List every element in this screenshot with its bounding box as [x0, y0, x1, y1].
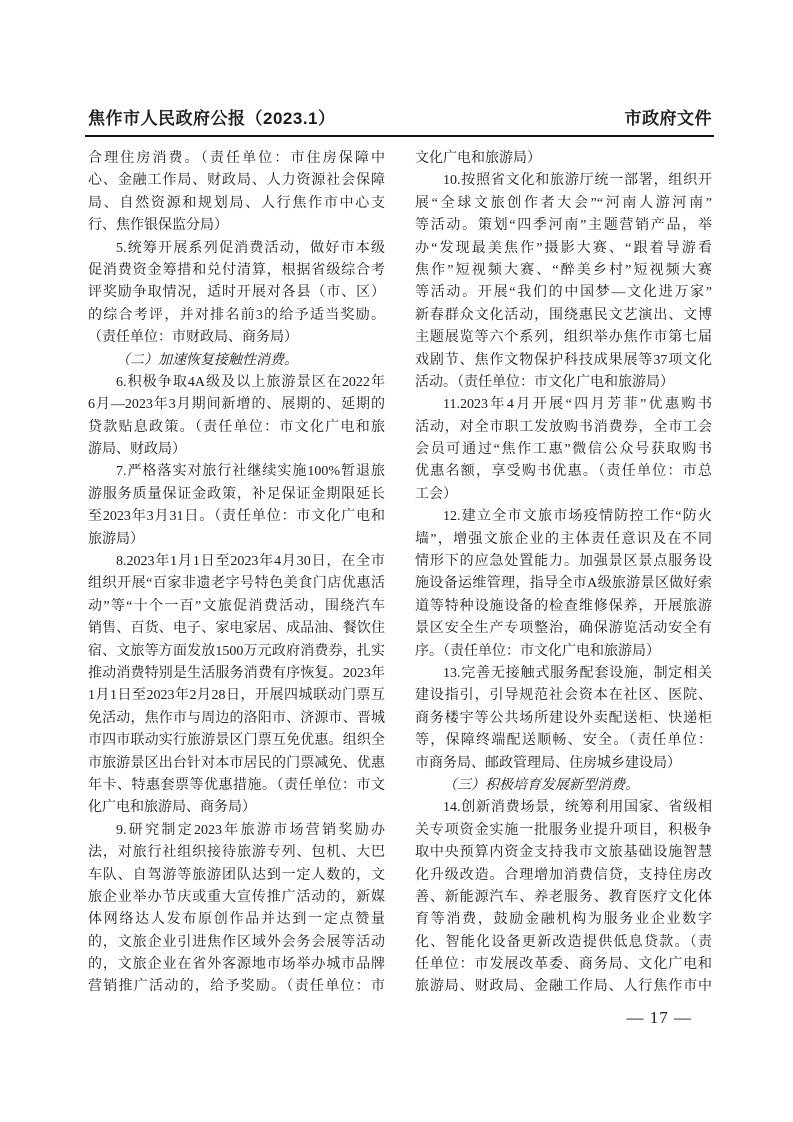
- document-body: 合理住房消费。（责任单位：市住房保障中心、金融工作局、财政局、人力资源社会保障局…: [88, 148, 712, 999]
- page-number: — 17 —: [627, 1008, 693, 1028]
- text-line: 10.按照省文化和旅游厅统一部署，组织开: [415, 170, 712, 192]
- text-line: 等，保障终端配送顺畅、安全。（责任单位：: [415, 730, 712, 752]
- text-line: 的，文旅企业在省外客源地市场举办城市品牌: [88, 954, 385, 976]
- text-line: （责任单位：市财政局、商务局）: [88, 327, 385, 349]
- text-line: 市旅游景区出台针对本市居民的门票减免、优惠: [88, 753, 385, 775]
- text-line: 旅游局、财政局、金融工作局、人行焦作市中: [415, 976, 712, 998]
- text-line: 旅游局）: [88, 529, 385, 551]
- text-line: 贷款贴息政策。（责任单位：市文化广电和旅: [88, 417, 385, 439]
- text-line: 法，对旅行社组织接待旅游专列、包机、大巴: [88, 842, 385, 864]
- text-line: 优惠名额，享受购书优惠。（责任单位：市总: [415, 461, 712, 483]
- text-line: 景区安全生产专项整治，确保游览活动安全有: [415, 618, 712, 640]
- text-line: 会员可通过“焦作工惠”微信公众号获取购书: [415, 439, 712, 461]
- text-line: 取中央预算内资金支持我市文旅基础设施智慧: [415, 842, 712, 864]
- text-line: 促消费资金筹措和兑付清算，根据省级综合考: [88, 260, 385, 282]
- right-column: 文化广电和旅游局）10.按照省文化和旅游厅统一部署，组织开展“全球文旅创作者大会…: [415, 148, 712, 999]
- text-line: 游局、财政局）: [88, 439, 385, 461]
- text-line: 展“全球文旅创作者大会”“河南人游河南”: [415, 193, 712, 215]
- text-line: 新春群众文化活动，围绕惠民文艺演出、文博: [415, 305, 712, 327]
- text-line: 推动消费特别是生活服务消费有序恢复。2023年: [88, 663, 385, 685]
- text-line: 道等特种设施设备的检查维修保养，开展旅游: [415, 596, 712, 618]
- text-line: 年卡、特惠套票等优惠措施。（责任单位：市文: [88, 775, 385, 797]
- text-line: 工会）: [415, 484, 712, 506]
- text-line: 等活动。策划“四季河南”主题营销产品，举: [415, 215, 712, 237]
- text-line: 营销推广活动的，给予奖励。（责任单位：市: [88, 976, 385, 998]
- text-line: 11.2023年4月开展“四月芳菲”优惠购书: [415, 394, 712, 416]
- text-line: 组织开展“百家非遗老字号特色美食门店优惠活: [88, 573, 385, 595]
- text-line: 宿、文旅等方面发放1500万元政府消费券，扎实: [88, 641, 385, 663]
- text-line: 车队、自驾游等旅游团队达到一定人数的，文: [88, 865, 385, 887]
- text-line: 主题展览等六个系列，组织举办焦作市第七届: [415, 327, 712, 349]
- text-line: 办“发现最美焦作”摄影大赛、“跟着导游看: [415, 238, 712, 260]
- text-line: 1月1日至2023年2月28日，开展四城联动门票互: [88, 685, 385, 707]
- text-line: 市商务局、邮政管理局、住房城乡建设局）: [415, 753, 712, 775]
- text-line: 销售、百货、电子、家电家居、成品油、餐饮住: [88, 618, 385, 640]
- text-line: 市四市联动实行旅游景区门票互免优惠。组织全: [88, 730, 385, 752]
- section-heading: （二）加速恢复接触性消费。: [88, 350, 385, 372]
- left-column: 合理住房消费。（责任单位：市住房保障中心、金融工作局、财政局、人力资源社会保障局…: [88, 148, 385, 999]
- page-header: 焦作市人民政府公报（2023.1） 市政府文件: [88, 104, 712, 129]
- text-line: 等活动。开展“我们的中国梦—文化进万家”: [415, 282, 712, 304]
- text-line: 动”等“十个一百”文旅促消费活动，围绕汽车: [88, 596, 385, 618]
- text-line: 序。（责任单位：市文化广电和旅游局）: [415, 641, 712, 663]
- text-line: 化、智能化设备更新改造提供低息贷款。（责: [415, 932, 712, 954]
- text-line: 商务楼宇等公共场所建设外卖配送柜、快递柜: [415, 708, 712, 730]
- text-line: 行、焦作银保监分局）: [88, 215, 385, 237]
- text-line: 体网络达人发布原创作品并达到一定点赞量: [88, 909, 385, 931]
- text-line: 的，文旅企业引进焦作区域外会务会展等活动: [88, 932, 385, 954]
- text-line: 情形下的应急处置能力。加强景区景点服务设: [415, 551, 712, 573]
- text-line: 活动，对全市职工发放购书消费券，全市工会: [415, 417, 712, 439]
- text-line: 局、自然资源和规划局、人行焦作市中心支: [88, 193, 385, 215]
- text-line: 旅企业举办节庆或重大宣传推广活动的，新媒: [88, 887, 385, 909]
- text-line: 文化广电和旅游局）: [415, 148, 712, 170]
- text-line: 合理住房消费。（责任单位：市住房保障中: [88, 148, 385, 170]
- text-line: 墙”，增强文旅企业的主体责任意识及在不同: [415, 529, 712, 551]
- text-line: 至2023年3月31日。（责任单位：市文化广电和: [88, 506, 385, 528]
- text-line: 9.研究制定2023年旅游市场营销奖励办: [88, 820, 385, 842]
- text-line: 施设备运维管理，指导全市A级旅游景区做好索: [415, 573, 712, 595]
- gazette-page: 焦作市人民政府公报（2023.1） 市政府文件 合理住房消费。（责任单位：市住房…: [0, 0, 793, 1122]
- text-line: 7.严格落实对旅行社继续实施100%暂退旅: [88, 461, 385, 483]
- text-line: 6月—2023年3月期间新增的、展期的、延期的: [88, 394, 385, 416]
- text-line: 的综合考评，并对排名前3的给予适当奖励。: [88, 305, 385, 327]
- text-line: 14.创新消费场景，统筹利用国家、省级相: [415, 797, 712, 819]
- text-line: 13.完善无接触式服务配套设施，制定相关: [415, 663, 712, 685]
- text-line: 关专项资金实施一批服务业提升项目，积极争: [415, 820, 712, 842]
- text-line: 评奖励争取情况，适时开展对各县（市、区）: [88, 282, 385, 304]
- text-line: 化广电和旅游局、商务局）: [88, 797, 385, 819]
- section-heading: （三）积极培育发展新型消费。: [415, 775, 712, 797]
- text-line: 戏剧节、焦作文物保护科技成果展等37项文化: [415, 350, 712, 372]
- text-line: 育等消费，鼓励金融机构为服务业企业数字: [415, 909, 712, 931]
- text-line: 化升级改造。合理增加消费信贷，支持住房改: [415, 865, 712, 887]
- text-line: 8.2023年1月1日至2023年4月30日，在全市: [88, 551, 385, 573]
- document-category: 市政府文件: [625, 104, 713, 129]
- text-line: 游服务质量保证金政策，补足保证金期限延长: [88, 484, 385, 506]
- text-line: 建设指引，引导规范社会资本在社区、医院、: [415, 685, 712, 707]
- text-line: 焦作”短视频大赛、“醉美乡村”短视频大赛: [415, 260, 712, 282]
- text-line: 免活动，焦作市与周边的洛阳市、济源市、晋城: [88, 708, 385, 730]
- text-line: 12.建立全市文旅市场疫情防控工作“防火: [415, 506, 712, 528]
- text-line: 6.积极争取4A级及以上旅游景区在2022年: [88, 372, 385, 394]
- text-line: 5.统筹开展系列促消费活动，做好市本级: [88, 238, 385, 260]
- text-line: 活动。（责任单位：市文化广电和旅游局）: [415, 372, 712, 394]
- gazette-title: 焦作市人民政府公报（2023.1）: [88, 104, 336, 129]
- text-line: 任单位：市发展改革委、商务局、文化广电和: [415, 954, 712, 976]
- text-line: 心、金融工作局、财政局、人力资源社会保障: [88, 170, 385, 192]
- header-rule: [85, 135, 714, 137]
- text-line: 善、新能源汽车、养老服务、教育医疗文化体: [415, 887, 712, 909]
